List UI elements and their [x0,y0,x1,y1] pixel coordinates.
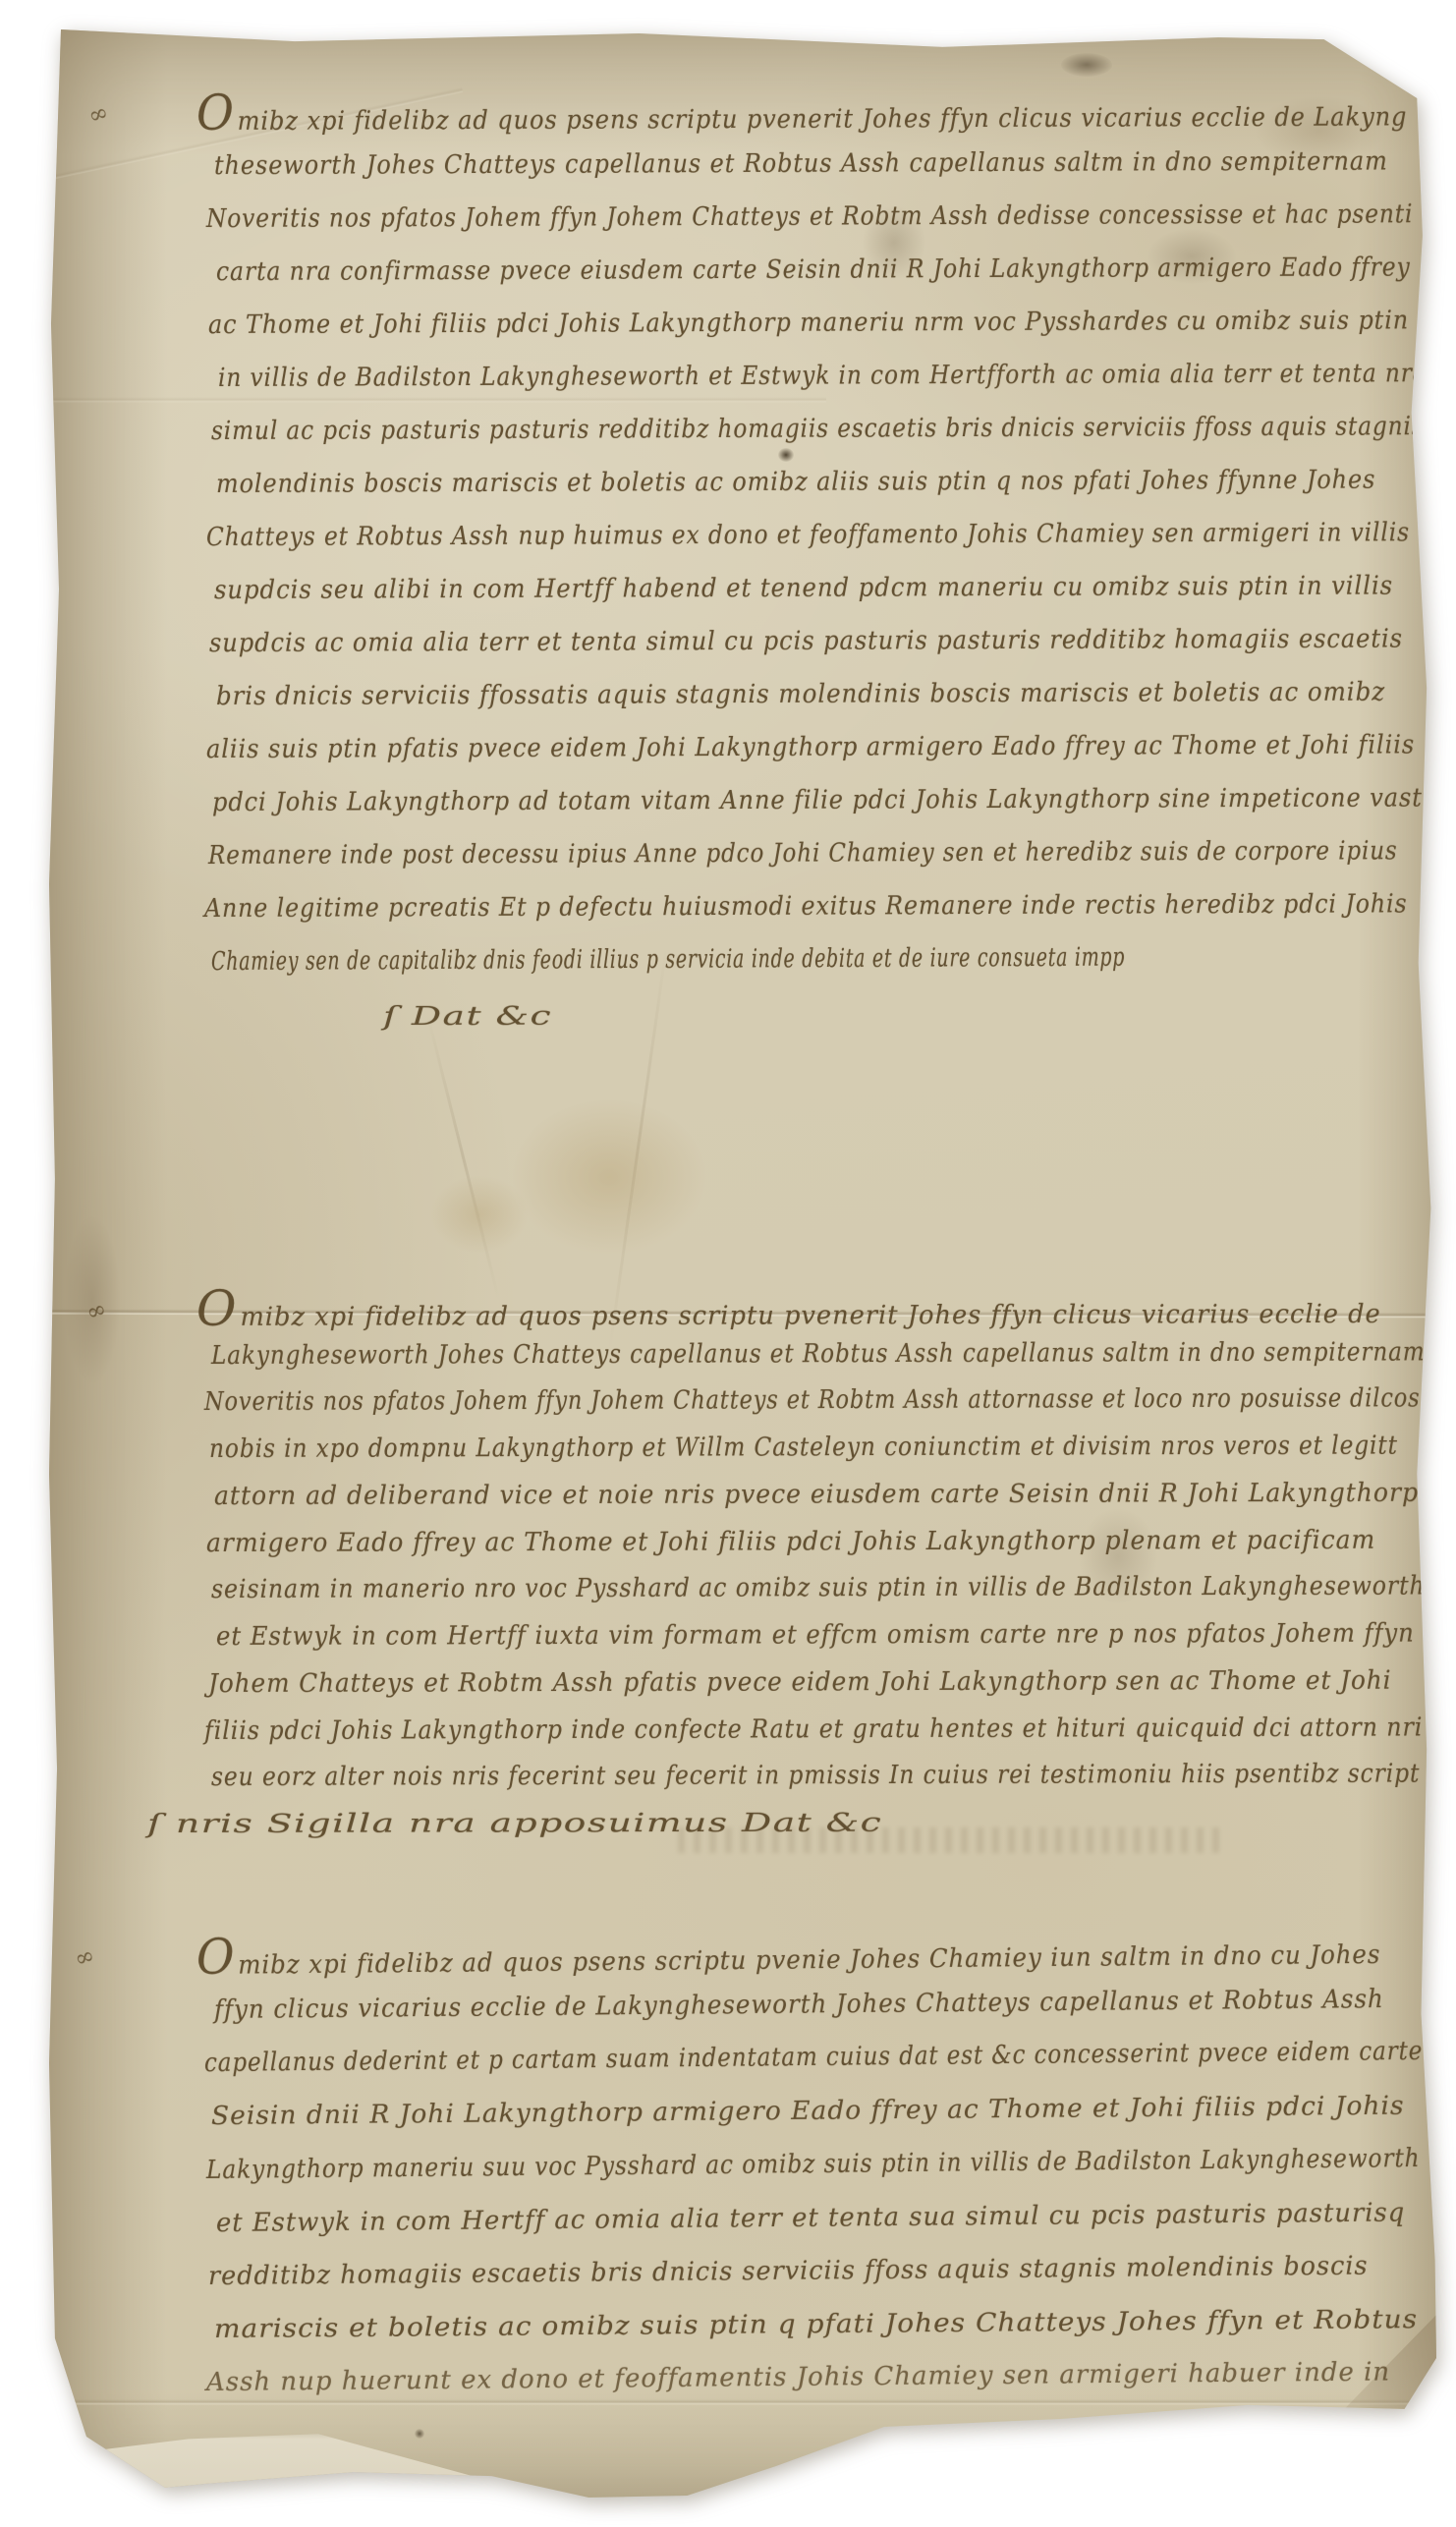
manuscript-line: seisinam in manerio nro voc Pysshard ac … [211,1571,1426,1604]
parchment-document: ∞ ∞ ∞ Omibz xpi fidelibz ad quos psens s… [49,28,1436,2500]
manuscript-line: Omibz xpi fidelibz ad quos psens scriptu… [196,1932,1381,1981]
manuscript-line: attorn ad deliberand vice et noie nris p… [214,1479,1419,1511]
manuscript-line: simul ac pcis pasturis pasturis redditib… [211,412,1425,446]
manuscript-line: Anne legitime pcreatis Et p defectu huiu… [204,889,1408,924]
right-edge-shading [1358,28,1436,2500]
manuscript-line: supdcis ac omia alia terr et tenta simul… [209,624,1403,658]
manuscript-line: aliis suis ptin pfatis pvece eidem Johi … [206,730,1415,764]
manuscript-line: redditibz homagiis escaetis bris dnicis … [208,2251,1369,2291]
manuscript-line: et Estwyk in com Hertff ac omia alia ter… [216,2198,1406,2238]
manuscript-line: nobis in xpo dompnu Lakyngthorp et Willm… [209,1431,1398,1464]
manuscript-line: in villis de Badilston Lakyngheseworth e… [218,359,1428,393]
ink-blot [778,448,794,462]
manuscript-line: Seisin dnii R Johi Lakyngthorp armigero … [211,2092,1405,2131]
vertical-wrinkle [426,1014,500,1301]
manuscript-line: Omibz xpi fidelibz ad quos psens scriptu… [196,1291,1381,1332]
speck [415,2429,424,2439]
faint-crease [49,397,826,403]
manuscript-line: pdci Johis Lakyngthorp ad totam vitam An… [212,783,1431,817]
manuscript-line: theseworth Johes Chatteys capellanus et … [214,146,1388,181]
manuscript-line: Assh nup huerunt ex dono et feoffamentis… [206,2357,1390,2397]
manuscript-line: et Estwyk in com Hertff iuxta vim formam… [216,1619,1415,1652]
manuscript-line: Remanere inde post decessu ipius Anne pd… [208,836,1398,870]
manuscript-line: seu eorz alter nois nris fecerint seu fe… [211,1759,1420,1792]
manuscript-line: Lakyngheseworth Johes Chatteys capellanu… [211,1337,1426,1371]
bottom-left-fold-flap [59,2417,491,2501]
manuscript-line: ſ Dat &c [383,1002,552,1032]
paraph-mark-3: ∞ [71,1941,98,1974]
dark-smudge [1061,53,1112,77]
manuscript-line: ffyn clicus vicarius ecclie de Lakynghes… [214,1985,1384,2025]
manuscript-line: Noveritis nos pfatos Johem ffyn Johem Ch… [204,1383,1421,1417]
manuscript-line: mariscis et boletis ac omibz suis ptin q… [214,2305,1418,2344]
manuscript-line: molendinis boscis mariscis et boletis ac… [216,466,1375,499]
tan-stain [430,1175,529,1254]
horizontal-fold-crease [49,2399,1436,2405]
manuscript-line: Chatteys et Robtus Assh nup huimus ex do… [206,518,1410,552]
paraph-mark-1: ∞ [84,98,112,131]
left-edge-shading [49,28,167,2500]
manuscript-line: Noveritis nos pfatos Johem ffyn Johem Ch… [206,199,1413,234]
manuscript-line: carta nra confirmasse pvece eiusdem cart… [216,253,1411,287]
manuscript-line: Chamiey sen de capitalibz dnis feodi ill… [211,943,1125,977]
manuscript-line: ac Thome et Johi filiis pdci Johis Lakyn… [208,306,1409,340]
parchment-shadow: ∞ ∞ ∞ Omibz xpi fidelibz ad quos psens s… [49,28,1436,2500]
manuscript-line: supdcis seu alibi in com Hertff habend e… [214,572,1393,605]
paraph-mark-2: ∞ [83,1295,110,1327]
manuscript-line: bris dnicis serviciis ffossatis aquis st… [216,678,1385,711]
manuscript-line: Johem Chatteys et Robtm Assh pfatis pvec… [208,1666,1392,1699]
manuscript-line: ſ nris Sigilla nra apposuimus Dat &c [147,1809,882,1839]
manuscript-line: Omibz xpi fidelibz ad quos psens scriptu… [196,93,1407,137]
tan-stain [511,1098,707,1256]
manuscript-line: filiis pdci Johis Lakyngthorp inde confe… [204,1713,1423,1746]
vertical-wrinkle [608,943,668,1352]
manuscript-line: capellanus dederint et p cartam suam ind… [204,2037,1423,2078]
manuscript-line: Lakyngthorp maneriu suu voc Pysshard ac … [206,2144,1421,2185]
manuscript-line: armigero Eado ffrey ac Thome et Johi fil… [206,1526,1375,1558]
